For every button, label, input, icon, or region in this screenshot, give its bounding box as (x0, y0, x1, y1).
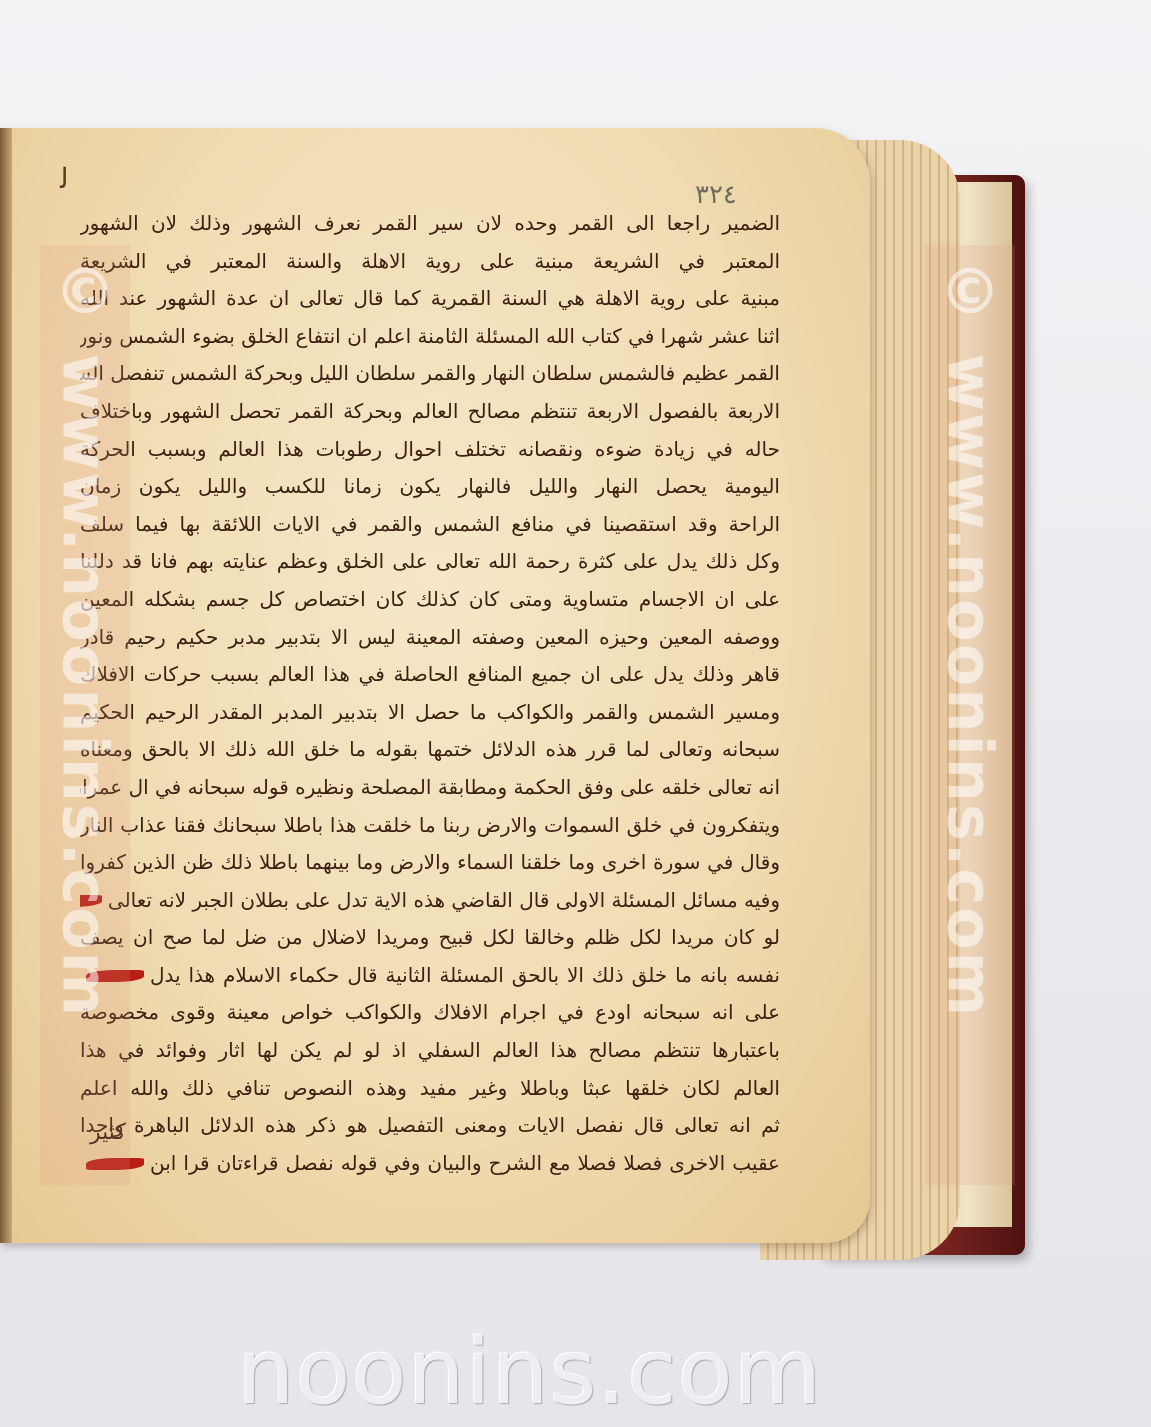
manuscript-line-text: الضمير راجعا الى القمر وحده لان سير القم… (80, 211, 780, 235)
manuscript-line: اثنا عشر شهرا في كتاب الله المسئلة الثام… (80, 318, 780, 356)
manuscript-line: القمر عظيم فالشمس سلطان النهار والقمر سل… (80, 355, 780, 393)
manuscript-line: مبنية على روية الاهلة هي السنة القمرية ك… (80, 280, 780, 318)
manuscript-line-text: القمر عظيم فالشمس سلطان النهار والقمر سل… (80, 361, 780, 385)
watermark-right: © www.noonins.com (925, 245, 1015, 1185)
manuscript-line-text: وفيه مسائل المسئلة الاولى قال القاضي هذه… (108, 888, 780, 912)
manuscript-line: عقيب الاخرى فصلا فصلا مع الشرح والبيان و… (80, 1145, 780, 1183)
manuscript-line-text: اثنا عشر شهرا في كتاب الله المسئلة الثام… (80, 324, 780, 348)
manuscript-line: ووصفه المعين وحيزه المعين وصفته المعينة … (80, 619, 780, 657)
watermark-bottom: noonins.com (205, 1320, 855, 1425)
manuscript-line-text: وكل ذلك يدل على كثرة رحمة الله تعالى على… (80, 549, 780, 573)
manuscript-line-text: ووصفه المعين وحيزه المعين وصفته المعينة … (80, 625, 780, 649)
manuscript-line-text: انه تعالى خلقه على وفق الحكمة ومطابقة ال… (80, 775, 780, 799)
manuscript-line-text: على انه سبحانه اودع في اجرام الافلاك وال… (80, 1000, 780, 1024)
page-gutter (0, 128, 12, 1243)
manuscript-line: نفسه بانه ما خلق ذلك الا بالحق المسئلة ا… (80, 957, 780, 995)
manuscript-line-text: الراحة وقد استقصينا في منافع الشمس والقم… (80, 512, 780, 536)
manuscript-line: اليومية يحصل النهار والليل فالنهار يكون … (80, 468, 780, 506)
manuscript-line-text: على ان الاجسام متساوية ومتى كان كذلك كان… (80, 587, 780, 611)
manuscript-line-text: قاهر وذلك يدل على ان جميع المنافع الحاصل… (80, 662, 780, 686)
manuscript-line: المعتبر في الشريعة مبنية على روية الاهلة… (80, 243, 780, 281)
manuscript-line-text: باعتبارها تنتظم مصالح هذا العالم السفلي … (80, 1038, 780, 1062)
manuscript-line-text: الاربعة بالفصول الاربعة تنتظم مصالح العا… (80, 399, 780, 423)
manuscript-line-text: العالم لكان خلقها عبثا وباطلا وغير مفيد … (80, 1076, 780, 1100)
manuscript-line: لو كان مريدا لكل ظلم وخالقا لكل قبيح ومر… (80, 919, 780, 957)
manuscript-line: وكل ذلك يدل على كثرة رحمة الله تعالى على… (80, 543, 780, 581)
manuscript-line: حاله في زيادة ضوءه ونقصانه تختلف احوال ر… (80, 431, 780, 469)
manuscript-text-block: الضمير راجعا الى القمر وحده لان سير القم… (80, 205, 780, 1182)
manuscript-line-text: سبحانه وتعالى لما قرر هذه الدلائل ختمها … (80, 737, 780, 761)
manuscript-line-text: ويتفكرون في خلق السموات والارض ربنا ما خ… (80, 813, 780, 837)
manuscript-line-text: عقيب الاخرى فصلا فصلا مع الشرح والبيان و… (150, 1151, 780, 1175)
manuscript-line-text: ثم انه تعالى قال نفصل الايات ومعنى التفص… (80, 1113, 780, 1137)
manuscript-line-text: المعتبر في الشريعة مبنية على روية الاهلة… (80, 249, 780, 273)
manuscript-line: الاربعة بالفصول الاربعة تنتظم مصالح العا… (80, 393, 780, 431)
manuscript-line: قاهر وذلك يدل على ان جميع المنافع الحاصل… (80, 656, 780, 694)
manuscript-line-text: لو كان مريدا لكل ظلم وخالقا لكل قبيح ومر… (80, 925, 780, 949)
manuscript-line-text: حاله في زيادة ضوءه ونقصانه تختلف احوال ر… (80, 437, 780, 461)
manuscript-line: انه تعالى خلقه على وفق الحكمة ومطابقة ال… (80, 769, 780, 807)
folio-mark: ﻟ (60, 162, 69, 195)
manuscript-line: وقال في سورة اخرى وما خلقنا السماء والار… (80, 844, 780, 882)
manuscript-line-text: ومسير الشمس والقمر والكواكب ما حصل الا ب… (80, 700, 780, 724)
manuscript-line-text: مبنية على روية الاهلة هي السنة القمرية ك… (80, 286, 780, 310)
manuscript-line: باعتبارها تنتظم مصالح هذا العالم السفلي … (80, 1032, 780, 1070)
manuscript-line: على انه سبحانه اودع في اجرام الافلاك وال… (80, 994, 780, 1032)
manuscript-line: سبحانه وتعالى لما قرر هذه الدلائل ختمها … (80, 731, 780, 769)
manuscript-line: العالم لكان خلقها عبثا وباطلا وغير مفيد … (80, 1070, 780, 1108)
manuscript-line: على ان الاجسام متساوية ومتى كان كذلك كان… (80, 581, 780, 619)
watermark-left: © www.noonins.com (40, 245, 130, 1185)
manuscript-line: الضمير راجعا الى القمر وحده لان سير القم… (80, 205, 780, 243)
manuscript-line-text: وقال في سورة اخرى وما خلقنا السماء والار… (80, 850, 780, 874)
manuscript-line-text: اليومية يحصل النهار والليل فالنهار يكون … (80, 474, 780, 498)
manuscript-line: ومسير الشمس والقمر والكواكب ما حصل الا ب… (80, 694, 780, 732)
manuscript-line: ويتفكرون في خلق السموات والارض ربنا ما خ… (80, 807, 780, 845)
manuscript-line: الراحة وقد استقصينا في منافع الشمس والقم… (80, 506, 780, 544)
manuscript-line: وفيه مسائل المسئلة الاولى قال القاضي هذه… (80, 882, 780, 920)
manuscript-line-text: نفسه بانه ما خلق ذلك الا بالحق المسئلة ا… (150, 963, 780, 987)
manuscript-line: ثم انه تعالى قال نفصل الايات ومعنى التفص… (80, 1107, 780, 1145)
